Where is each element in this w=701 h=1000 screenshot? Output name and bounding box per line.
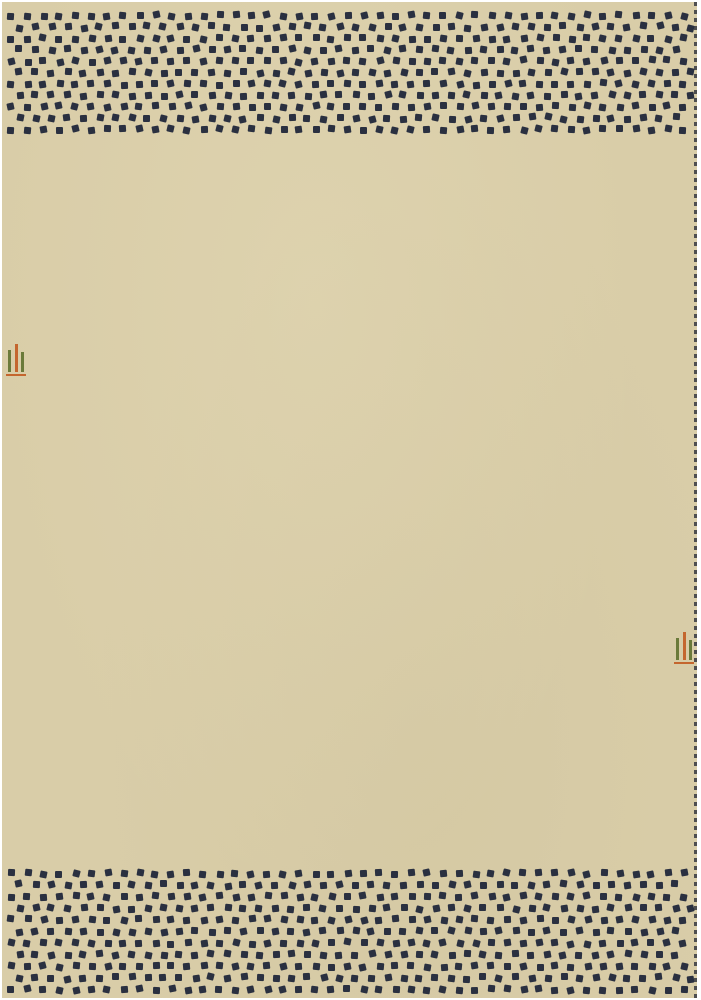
band-dot bbox=[345, 916, 353, 924]
band-dot bbox=[32, 114, 40, 122]
band-dot bbox=[471, 11, 478, 18]
motif-stem bbox=[8, 350, 11, 372]
band-dot bbox=[105, 868, 113, 876]
band-dot bbox=[25, 915, 32, 922]
band-dot bbox=[247, 57, 254, 64]
band-dot bbox=[617, 869, 625, 877]
band-dot bbox=[535, 985, 543, 993]
band-dot bbox=[582, 57, 590, 65]
band-dot bbox=[385, 23, 392, 30]
band-dot bbox=[152, 35, 160, 43]
band-dot bbox=[272, 115, 280, 123]
band-dot bbox=[150, 870, 158, 878]
band-dot bbox=[449, 880, 457, 888]
band-dot bbox=[279, 104, 287, 112]
band-dot bbox=[488, 892, 496, 900]
band-dot bbox=[361, 916, 370, 925]
band-dot bbox=[311, 12, 318, 19]
band-dot bbox=[41, 13, 48, 20]
band-dot bbox=[70, 102, 79, 111]
band-dot bbox=[102, 12, 110, 20]
band-dot bbox=[367, 45, 374, 52]
band-dot bbox=[601, 917, 609, 925]
band-dot bbox=[129, 23, 136, 30]
band-dot bbox=[24, 35, 31, 42]
band-dot bbox=[190, 951, 198, 959]
band-dot bbox=[361, 939, 368, 946]
band-dot bbox=[192, 45, 200, 53]
band-dot bbox=[616, 125, 623, 132]
band-dot bbox=[183, 963, 191, 971]
band-dot bbox=[271, 881, 278, 888]
band-dot bbox=[328, 893, 336, 901]
band-dot bbox=[320, 47, 327, 54]
band-dot bbox=[520, 12, 528, 20]
band-dot bbox=[272, 23, 280, 31]
band-dot bbox=[216, 915, 224, 923]
band-dot bbox=[183, 126, 191, 134]
band-dot bbox=[473, 35, 481, 43]
band-dot bbox=[337, 927, 345, 935]
band-dot bbox=[56, 892, 64, 900]
band-dot bbox=[206, 881, 214, 889]
band-dot bbox=[432, 882, 439, 889]
band-dot bbox=[647, 892, 655, 900]
band-dot bbox=[278, 870, 286, 878]
band-dot bbox=[127, 951, 135, 959]
band-dot bbox=[455, 870, 462, 877]
band-dot bbox=[215, 57, 223, 65]
band-dot bbox=[559, 115, 567, 123]
band-dot bbox=[135, 915, 142, 922]
band-dot bbox=[120, 56, 128, 64]
band-dot bbox=[176, 46, 183, 53]
band-dot bbox=[215, 940, 223, 948]
band-dot bbox=[110, 46, 118, 54]
band-dot bbox=[391, 81, 399, 89]
band-dot bbox=[377, 893, 385, 901]
band-dot bbox=[73, 986, 81, 994]
band-dot bbox=[656, 882, 663, 889]
band-dot bbox=[359, 34, 366, 41]
band-dot bbox=[80, 114, 87, 121]
band-dot bbox=[568, 126, 575, 133]
band-dot bbox=[489, 81, 496, 88]
band-dot bbox=[263, 939, 271, 947]
band-dot bbox=[432, 92, 440, 100]
band-dot bbox=[321, 69, 329, 77]
band-dot bbox=[639, 975, 646, 982]
band-dot bbox=[112, 928, 120, 936]
band-dot bbox=[7, 961, 15, 969]
band-dot bbox=[526, 92, 534, 100]
band-dot bbox=[470, 125, 478, 133]
band-dot bbox=[137, 34, 145, 42]
band-dot bbox=[120, 81, 127, 88]
band-dot bbox=[625, 950, 633, 958]
band-dot bbox=[288, 974, 296, 982]
band-dot bbox=[231, 987, 239, 995]
band-dot bbox=[79, 950, 87, 958]
band-dot bbox=[159, 974, 166, 981]
band-dot bbox=[54, 102, 62, 110]
band-dot bbox=[296, 12, 304, 20]
band-dot bbox=[632, 894, 641, 903]
band-dot bbox=[392, 939, 400, 947]
band-dot bbox=[561, 91, 568, 98]
band-dot bbox=[185, 13, 193, 21]
band-dot bbox=[104, 962, 112, 970]
band-dot bbox=[649, 104, 656, 111]
band-dot bbox=[448, 975, 456, 983]
band-dot bbox=[399, 928, 407, 936]
band-dot bbox=[72, 870, 81, 879]
band-dot bbox=[656, 91, 664, 99]
band-dot bbox=[391, 35, 399, 43]
band-dot bbox=[278, 985, 287, 994]
band-dot bbox=[569, 103, 576, 110]
band-dot bbox=[648, 12, 655, 19]
band-dot bbox=[248, 894, 256, 902]
band-dot bbox=[415, 45, 423, 53]
band-dot bbox=[569, 35, 577, 43]
band-dot bbox=[567, 56, 575, 64]
band-dot bbox=[415, 23, 423, 31]
band-dot bbox=[400, 68, 408, 76]
band-dot bbox=[247, 80, 255, 88]
band-dot bbox=[288, 44, 296, 52]
band-dot bbox=[231, 917, 239, 925]
band-dot bbox=[88, 916, 96, 924]
band-dot bbox=[47, 880, 55, 888]
band-dot bbox=[519, 963, 527, 971]
band-dot bbox=[536, 12, 543, 19]
band-dot bbox=[113, 882, 120, 889]
band-dot bbox=[518, 869, 526, 877]
band-dot bbox=[624, 47, 632, 55]
band-dot bbox=[176, 115, 184, 123]
band-dot bbox=[334, 952, 342, 960]
band-dot bbox=[567, 868, 575, 876]
band-dot bbox=[257, 92, 264, 99]
band-dot bbox=[464, 24, 472, 32]
band-dot bbox=[432, 24, 439, 31]
band-dot bbox=[288, 22, 296, 30]
band-dot bbox=[55, 36, 62, 43]
band-dot bbox=[144, 47, 152, 55]
band-dot bbox=[303, 115, 310, 122]
band-dot bbox=[608, 881, 615, 888]
band-dot bbox=[520, 56, 528, 64]
band-dot bbox=[513, 114, 520, 121]
band-dot bbox=[408, 104, 415, 111]
band-dot bbox=[440, 79, 448, 87]
band-dot bbox=[607, 950, 615, 958]
band-dot bbox=[319, 23, 327, 31]
band-dot bbox=[400, 975, 408, 983]
band-dot bbox=[223, 974, 231, 982]
band-dot bbox=[152, 892, 160, 900]
band-dot bbox=[584, 915, 592, 923]
band-dot bbox=[208, 22, 215, 29]
band-dot bbox=[534, 124, 543, 133]
band-dot bbox=[128, 906, 135, 913]
band-dot bbox=[207, 972, 216, 981]
band-dot bbox=[224, 927, 231, 934]
band-dot bbox=[544, 24, 551, 31]
band-dot bbox=[463, 880, 471, 888]
band-dot bbox=[111, 22, 119, 30]
band-dot bbox=[415, 114, 423, 122]
band-dot bbox=[65, 951, 73, 959]
band-dot bbox=[536, 938, 544, 946]
band-dot bbox=[464, 927, 472, 935]
band-dot bbox=[478, 951, 486, 959]
band-dot bbox=[345, 12, 352, 19]
band-dot bbox=[247, 962, 255, 970]
band-dot bbox=[352, 882, 359, 889]
band-dot bbox=[232, 126, 240, 134]
band-dot bbox=[368, 93, 375, 100]
motif-stem bbox=[15, 344, 18, 372]
band-dot bbox=[542, 46, 550, 54]
band-dot bbox=[161, 70, 168, 77]
band-dot bbox=[449, 952, 456, 959]
band-dot bbox=[111, 114, 119, 122]
band-dot bbox=[241, 951, 249, 959]
band-dot bbox=[224, 70, 232, 78]
band-dot bbox=[527, 68, 535, 76]
band-dot bbox=[672, 46, 680, 54]
band-dot bbox=[7, 12, 14, 19]
band-dot bbox=[424, 35, 431, 42]
band-dot bbox=[111, 951, 119, 959]
band-dot bbox=[191, 91, 198, 98]
band-dot bbox=[360, 127, 367, 134]
band-dot bbox=[606, 903, 614, 911]
band-dot bbox=[71, 35, 79, 43]
band-dot bbox=[177, 22, 185, 30]
band-dot bbox=[448, 22, 456, 30]
band-dot bbox=[271, 905, 279, 913]
band-dot bbox=[592, 974, 600, 982]
band-dot bbox=[456, 939, 464, 947]
band-dot bbox=[288, 950, 296, 958]
rug-selvage-edge bbox=[694, 2, 697, 998]
band-dot bbox=[327, 871, 334, 878]
band-dot bbox=[264, 34, 272, 42]
band-dot bbox=[190, 927, 197, 934]
band-dot bbox=[296, 103, 304, 111]
band-dot bbox=[103, 79, 111, 87]
band-dot bbox=[86, 80, 94, 88]
band-dot bbox=[303, 880, 311, 888]
band-dot bbox=[367, 881, 375, 889]
band-dot bbox=[47, 114, 55, 122]
band-dot bbox=[32, 22, 40, 30]
band-dot bbox=[71, 916, 79, 924]
band-dot bbox=[678, 939, 686, 947]
band-dot bbox=[369, 905, 377, 913]
band-dot bbox=[457, 102, 465, 110]
band-dot bbox=[513, 927, 521, 935]
band-dot bbox=[591, 91, 599, 99]
band-dot bbox=[319, 115, 327, 123]
band-dot bbox=[121, 869, 129, 877]
band-dot bbox=[38, 57, 45, 64]
band-dot bbox=[255, 46, 263, 54]
band-dot bbox=[616, 986, 623, 993]
band-dot bbox=[352, 114, 360, 122]
band-dot bbox=[239, 880, 246, 887]
band-dot bbox=[662, 938, 671, 947]
band-dot bbox=[17, 92, 25, 100]
band-dot bbox=[640, 904, 647, 911]
band-dot bbox=[152, 10, 160, 18]
band-dot bbox=[144, 904, 152, 912]
band-dot bbox=[145, 974, 152, 981]
band-dot bbox=[327, 916, 335, 924]
band-dot bbox=[40, 102, 48, 110]
band-dot bbox=[136, 81, 143, 88]
band-dot bbox=[424, 915, 432, 923]
band-dot bbox=[232, 57, 240, 65]
motif-stem bbox=[689, 640, 692, 660]
band-dot bbox=[104, 34, 112, 42]
band-dot bbox=[145, 92, 153, 100]
band-dot bbox=[161, 928, 169, 936]
band-dot bbox=[56, 127, 63, 134]
band-dot bbox=[497, 881, 504, 888]
band-dot bbox=[560, 929, 567, 936]
band-dot bbox=[503, 57, 511, 65]
band-dot bbox=[582, 870, 591, 879]
band-dot bbox=[167, 892, 175, 900]
band-dot bbox=[359, 80, 366, 87]
band-dot bbox=[352, 69, 360, 77]
band-dot bbox=[630, 938, 638, 946]
band-dot bbox=[183, 917, 191, 925]
band-dot bbox=[169, 985, 177, 993]
band-dot bbox=[607, 927, 615, 935]
band-dot bbox=[497, 23, 505, 31]
band-dot bbox=[648, 915, 656, 923]
band-dot bbox=[545, 975, 553, 983]
band-dot bbox=[302, 973, 309, 980]
band-dot bbox=[96, 881, 104, 889]
band-dot bbox=[143, 115, 150, 122]
band-dot bbox=[439, 127, 447, 135]
band-dot bbox=[97, 69, 105, 77]
band-dot bbox=[166, 870, 174, 878]
band-dot bbox=[416, 905, 425, 914]
band-dot bbox=[199, 57, 207, 65]
band-dot bbox=[616, 104, 624, 112]
band-dot bbox=[136, 963, 143, 970]
band-dot bbox=[79, 69, 87, 77]
band-dot bbox=[640, 881, 647, 888]
band-dot bbox=[39, 986, 46, 993]
band-dot bbox=[31, 68, 38, 75]
band-dot bbox=[599, 79, 607, 87]
band-dot bbox=[464, 115, 472, 123]
band-dot bbox=[294, 963, 301, 970]
band-dot bbox=[151, 80, 158, 87]
band-dot bbox=[512, 950, 519, 957]
band-dot bbox=[55, 12, 63, 20]
band-dot bbox=[158, 22, 166, 30]
band-dot bbox=[472, 870, 480, 878]
band-dot bbox=[368, 68, 376, 76]
band-dot bbox=[96, 45, 105, 54]
band-dot bbox=[504, 916, 511, 923]
band-dot bbox=[535, 869, 543, 877]
band-dot bbox=[495, 951, 503, 959]
band-dot bbox=[393, 986, 400, 993]
band-dot bbox=[383, 115, 390, 122]
band-dot bbox=[249, 104, 256, 111]
band-dot bbox=[561, 67, 569, 75]
band-dot bbox=[375, 986, 383, 994]
band-dot bbox=[649, 963, 657, 971]
band-dot bbox=[294, 58, 303, 67]
band-dot bbox=[295, 80, 303, 88]
band-dot bbox=[280, 892, 288, 900]
band-dot bbox=[209, 46, 216, 53]
band-dot bbox=[32, 881, 39, 888]
band-dot bbox=[487, 869, 495, 877]
band-dot bbox=[249, 940, 256, 947]
band-dot bbox=[376, 938, 384, 946]
band-dot bbox=[480, 927, 487, 934]
band-dot bbox=[241, 24, 248, 31]
band-dot bbox=[24, 963, 31, 970]
band-dot bbox=[166, 34, 174, 42]
band-dot bbox=[672, 904, 680, 912]
band-dot bbox=[166, 962, 173, 969]
band-dot bbox=[254, 905, 262, 913]
band-dot bbox=[542, 926, 550, 934]
band-dot bbox=[216, 81, 223, 88]
band-dot bbox=[55, 963, 63, 971]
band-dot bbox=[383, 881, 391, 889]
band-dot bbox=[487, 917, 495, 925]
band-dot bbox=[359, 870, 366, 877]
band-dot bbox=[137, 869, 145, 877]
band-dot bbox=[416, 927, 424, 935]
band-dot bbox=[328, 125, 336, 133]
band-dot bbox=[505, 12, 513, 20]
band-dot bbox=[512, 905, 521, 914]
band-dot bbox=[128, 47, 136, 55]
band-dot bbox=[639, 22, 647, 30]
band-dot bbox=[327, 80, 334, 87]
band-dot bbox=[633, 125, 641, 133]
band-dot bbox=[431, 927, 438, 934]
band-dot bbox=[471, 102, 479, 110]
band-dot bbox=[176, 91, 184, 99]
band-dot bbox=[440, 35, 448, 43]
band-dot bbox=[64, 975, 72, 983]
band-dot bbox=[424, 58, 432, 66]
band-dot bbox=[479, 904, 486, 911]
band-dot bbox=[343, 938, 351, 946]
band-dot bbox=[672, 24, 680, 32]
band-dot bbox=[647, 939, 654, 946]
band-dot bbox=[304, 70, 312, 78]
band-dot bbox=[240, 93, 247, 100]
band-dot bbox=[448, 92, 456, 100]
